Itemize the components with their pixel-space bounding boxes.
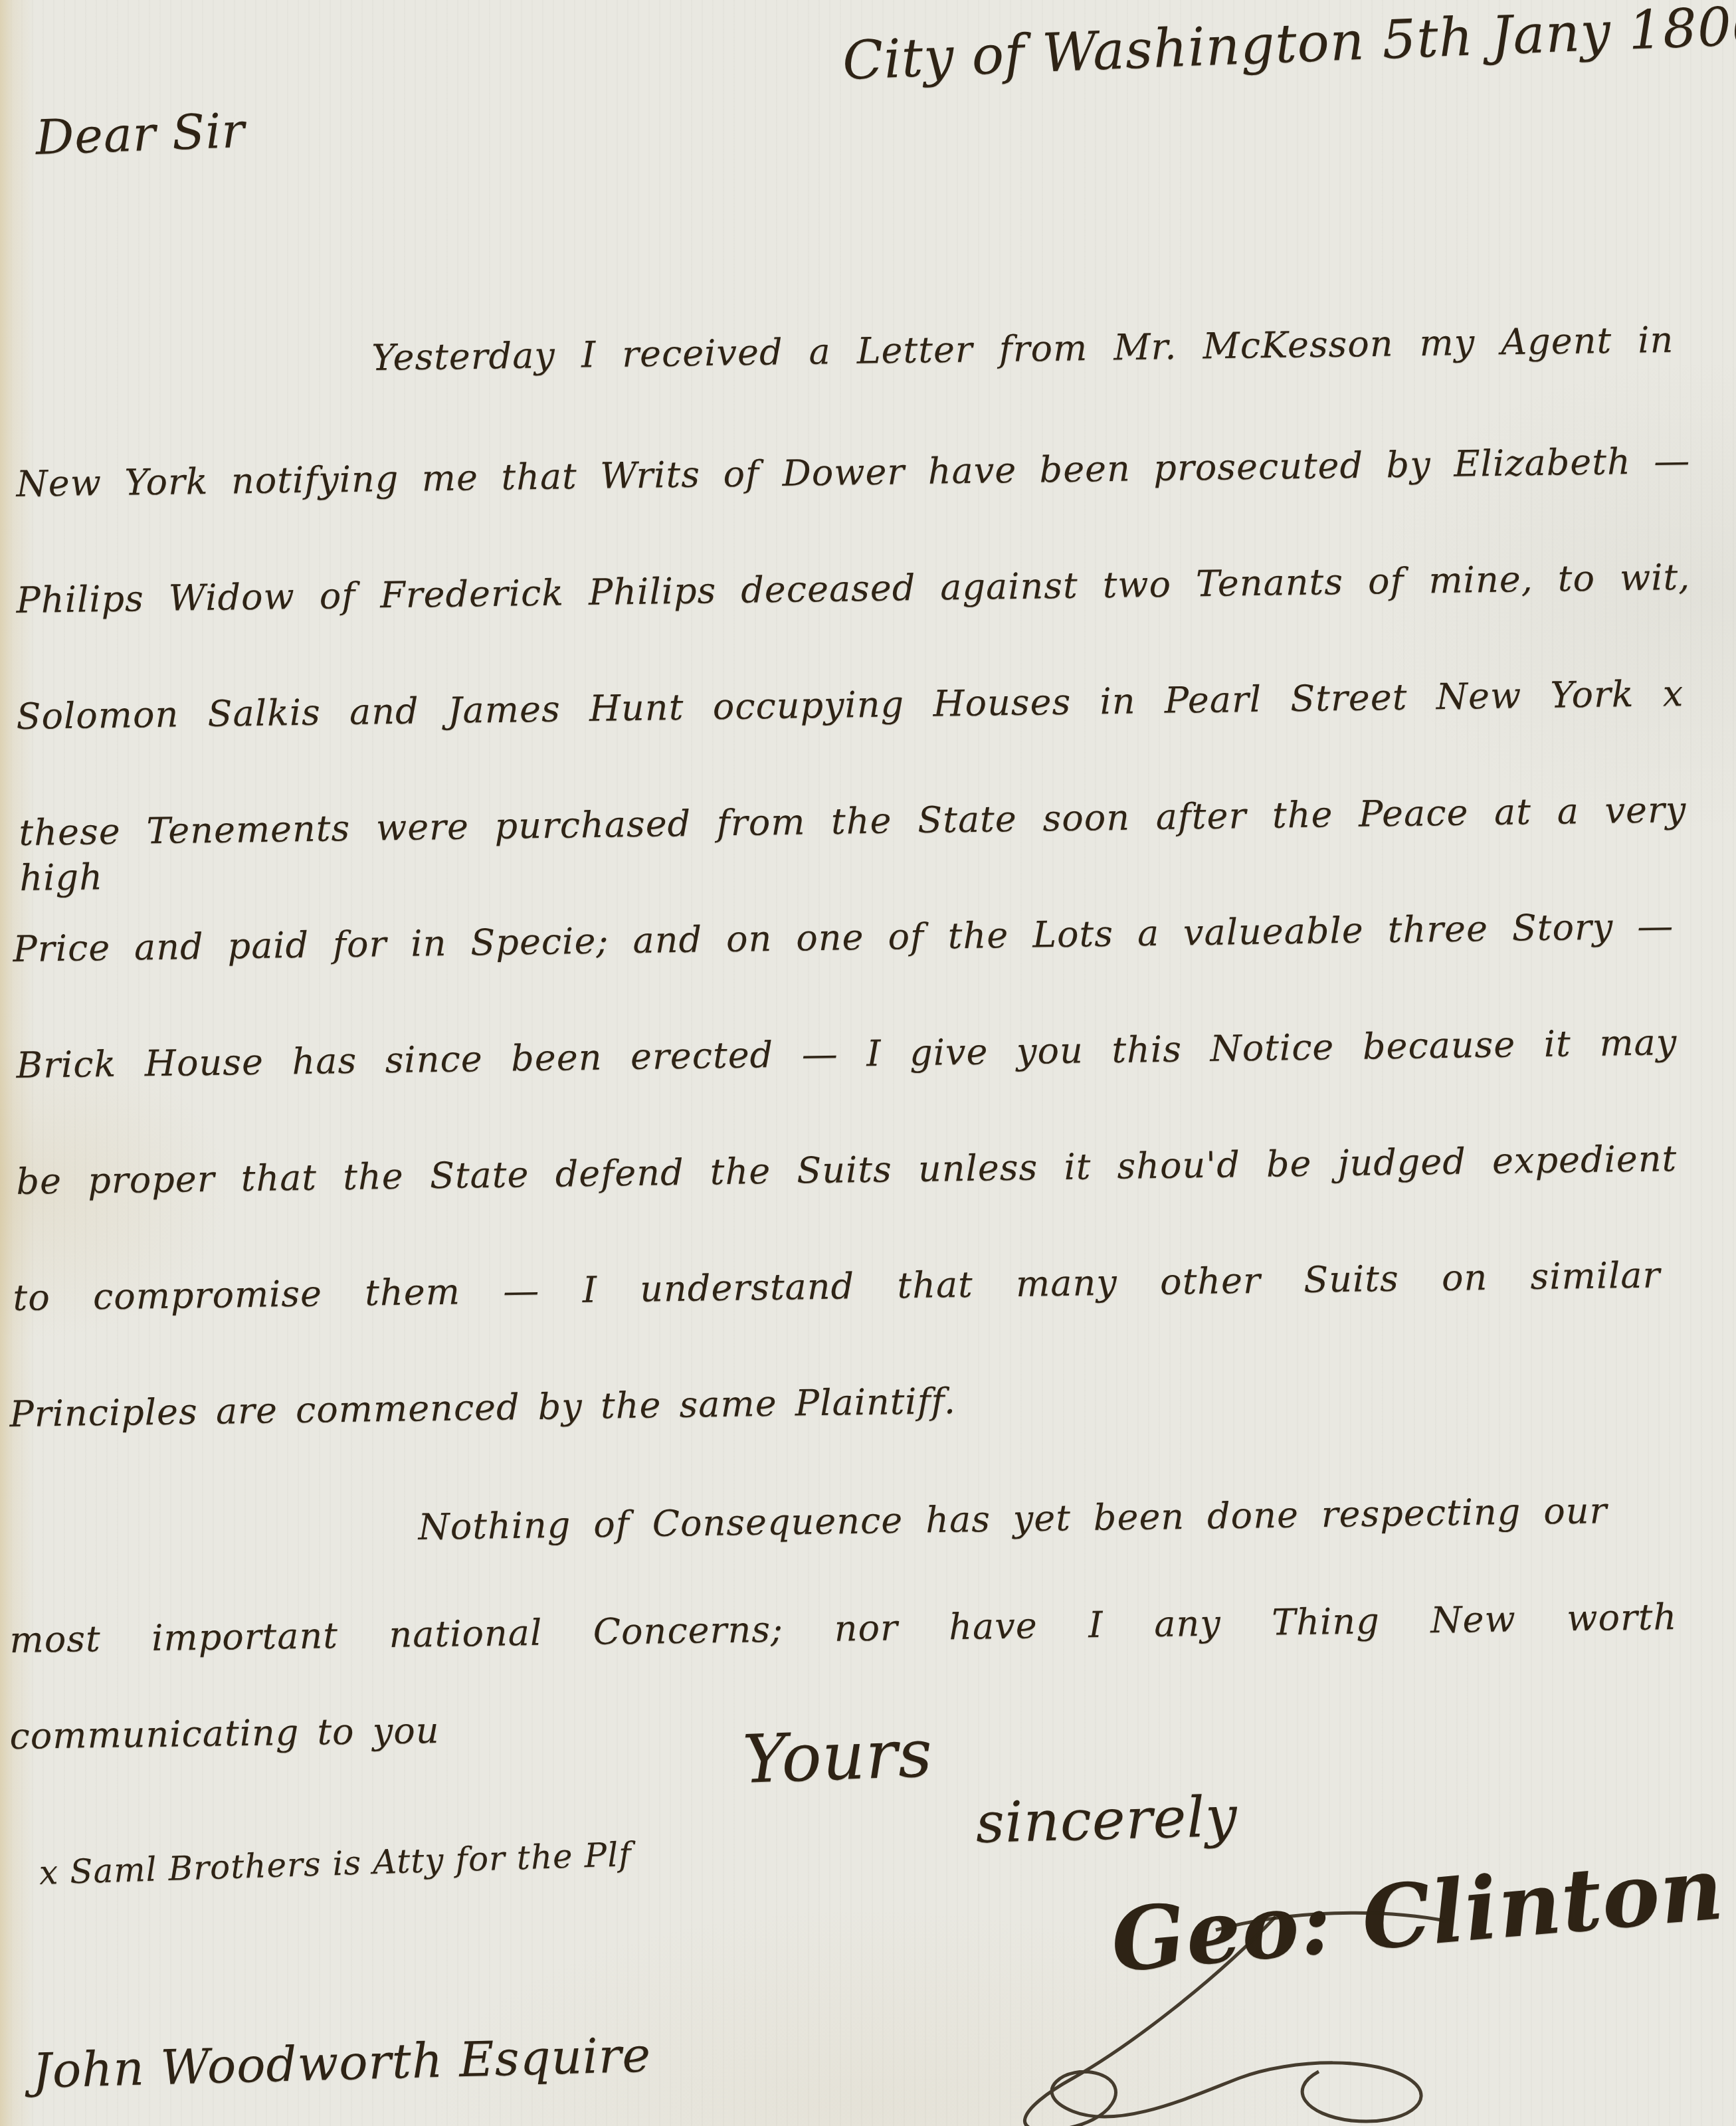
letter-line: New York notifying me that Writs of Dowe… bbox=[16, 438, 1691, 507]
dateline: City of Washington 5th Jany 1806 bbox=[841, 0, 1736, 92]
letter-line: Principles are commenced by the same Pla… bbox=[9, 1379, 956, 1436]
salutation: Dear Sir bbox=[35, 102, 246, 165]
letter-line: Solomon Salkis and James Hunt occupying … bbox=[16, 671, 1684, 739]
letter-page: City of Washington 5th Jany 1806 Dear Si… bbox=[0, 0, 1736, 2126]
letter-line: to compromise them — I understand that m… bbox=[13, 1252, 1661, 1320]
closing-yours: Yours bbox=[741, 1714, 934, 1798]
letter-line: these Tenements were purchased from the … bbox=[19, 787, 1688, 900]
letter-line: Yesterday I received a Letter from Mr. M… bbox=[371, 318, 1674, 381]
letter-line: Philips Widow of Frederick Philips decea… bbox=[16, 555, 1691, 623]
signature-flourish bbox=[997, 1907, 1501, 2126]
closing-sincerely: sincerely bbox=[975, 1784, 1238, 1856]
letter-line: communicating to you bbox=[9, 1708, 440, 1759]
letter-line: be proper that the State defend the Suit… bbox=[16, 1136, 1678, 1204]
footnote: x Saml Brothers is Atty for the Plf bbox=[39, 1835, 632, 1892]
addressee: John Woodworth Esquire bbox=[32, 2027, 652, 2099]
letter-line: most important national Concerns; nor ha… bbox=[9, 1595, 1678, 1663]
letter-line: Price and paid for in Specie; and on one… bbox=[13, 904, 1674, 971]
letter-line: Brick House has since been erected — I g… bbox=[16, 1020, 1678, 1088]
letter-line: Nothing of Consequence has yet been done… bbox=[418, 1488, 1608, 1549]
